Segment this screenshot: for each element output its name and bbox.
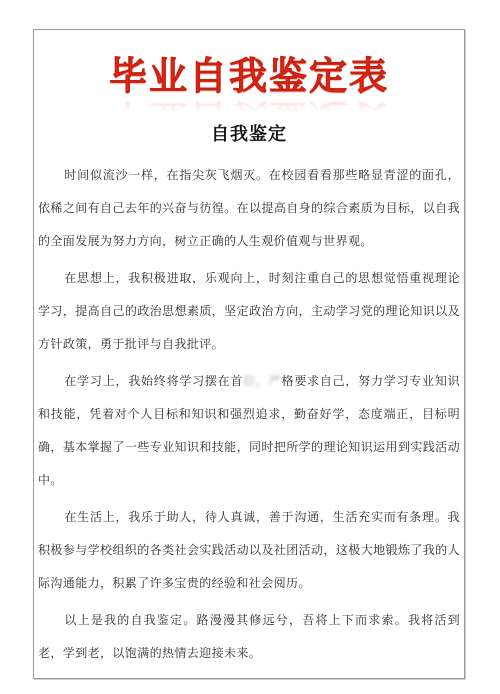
paragraph-intro: 时间似流沙一样，在指尖灰飞烟灭。在校园看看那些略显青涩的面孔，依稀之间有自己去年… <box>38 159 460 258</box>
document-title: 毕业自我鉴定表 <box>34 57 464 97</box>
section-heading: 自我鉴定 <box>34 124 464 144</box>
document-canvas: 毕业自我鉴定表 毕业自我鉴定表 自我鉴定 时间似流沙一样，在指尖灰飞烟灭。在校园… <box>0 0 500 694</box>
document-title-block: 毕业自我鉴定表 毕业自我鉴定表 <box>34 57 464 114</box>
paragraph-study-text-after-watermark: 格要求自己，努力学习专业知识和技能，凭着对个人目标和知识和强烈追求，勤奋好学，态… <box>38 374 460 487</box>
document-page-border: 毕业自我鉴定表 毕业自我鉴定表 自我鉴定 时间似流沙一样，在指尖灰飞烟灭。在校园… <box>33 29 465 679</box>
document-body: 时间似流沙一样，在指尖灰飞烟灭。在校园看看那些略显青涩的面孔，依稀之间有自己去年… <box>34 159 464 670</box>
document-title-reflection-text: 毕业自我鉴定表 <box>34 97 464 114</box>
document-title-reflection: 毕业自我鉴定表 <box>34 97 464 114</box>
paragraph-conclusion: 以上是我的自我鉴定。路漫漫其修远兮，吾将上下而求索。我将活到老，学到老，以饱满的… <box>38 604 460 670</box>
paragraph-life: 在生活上，我乐于助人，待人真诚，善于沟通，生活充实而有条理。我积极参与学校组织的… <box>38 501 460 600</box>
paragraph-study-text-before-watermark: 在学习上，我始终将学习摆在首 <box>64 374 243 388</box>
watermark-blur-patch: 位，严 <box>243 374 281 388</box>
paragraph-ideology: 在思想上，我积极进取，乐观向上，时刻注重自己的思想觉悟重视理论学习，提高自己的政… <box>38 262 460 361</box>
paragraph-study: 在学习上，我始终将学习摆在首位，严格要求自己，努力学习专业知识和技能，凭着对个人… <box>38 365 460 497</box>
